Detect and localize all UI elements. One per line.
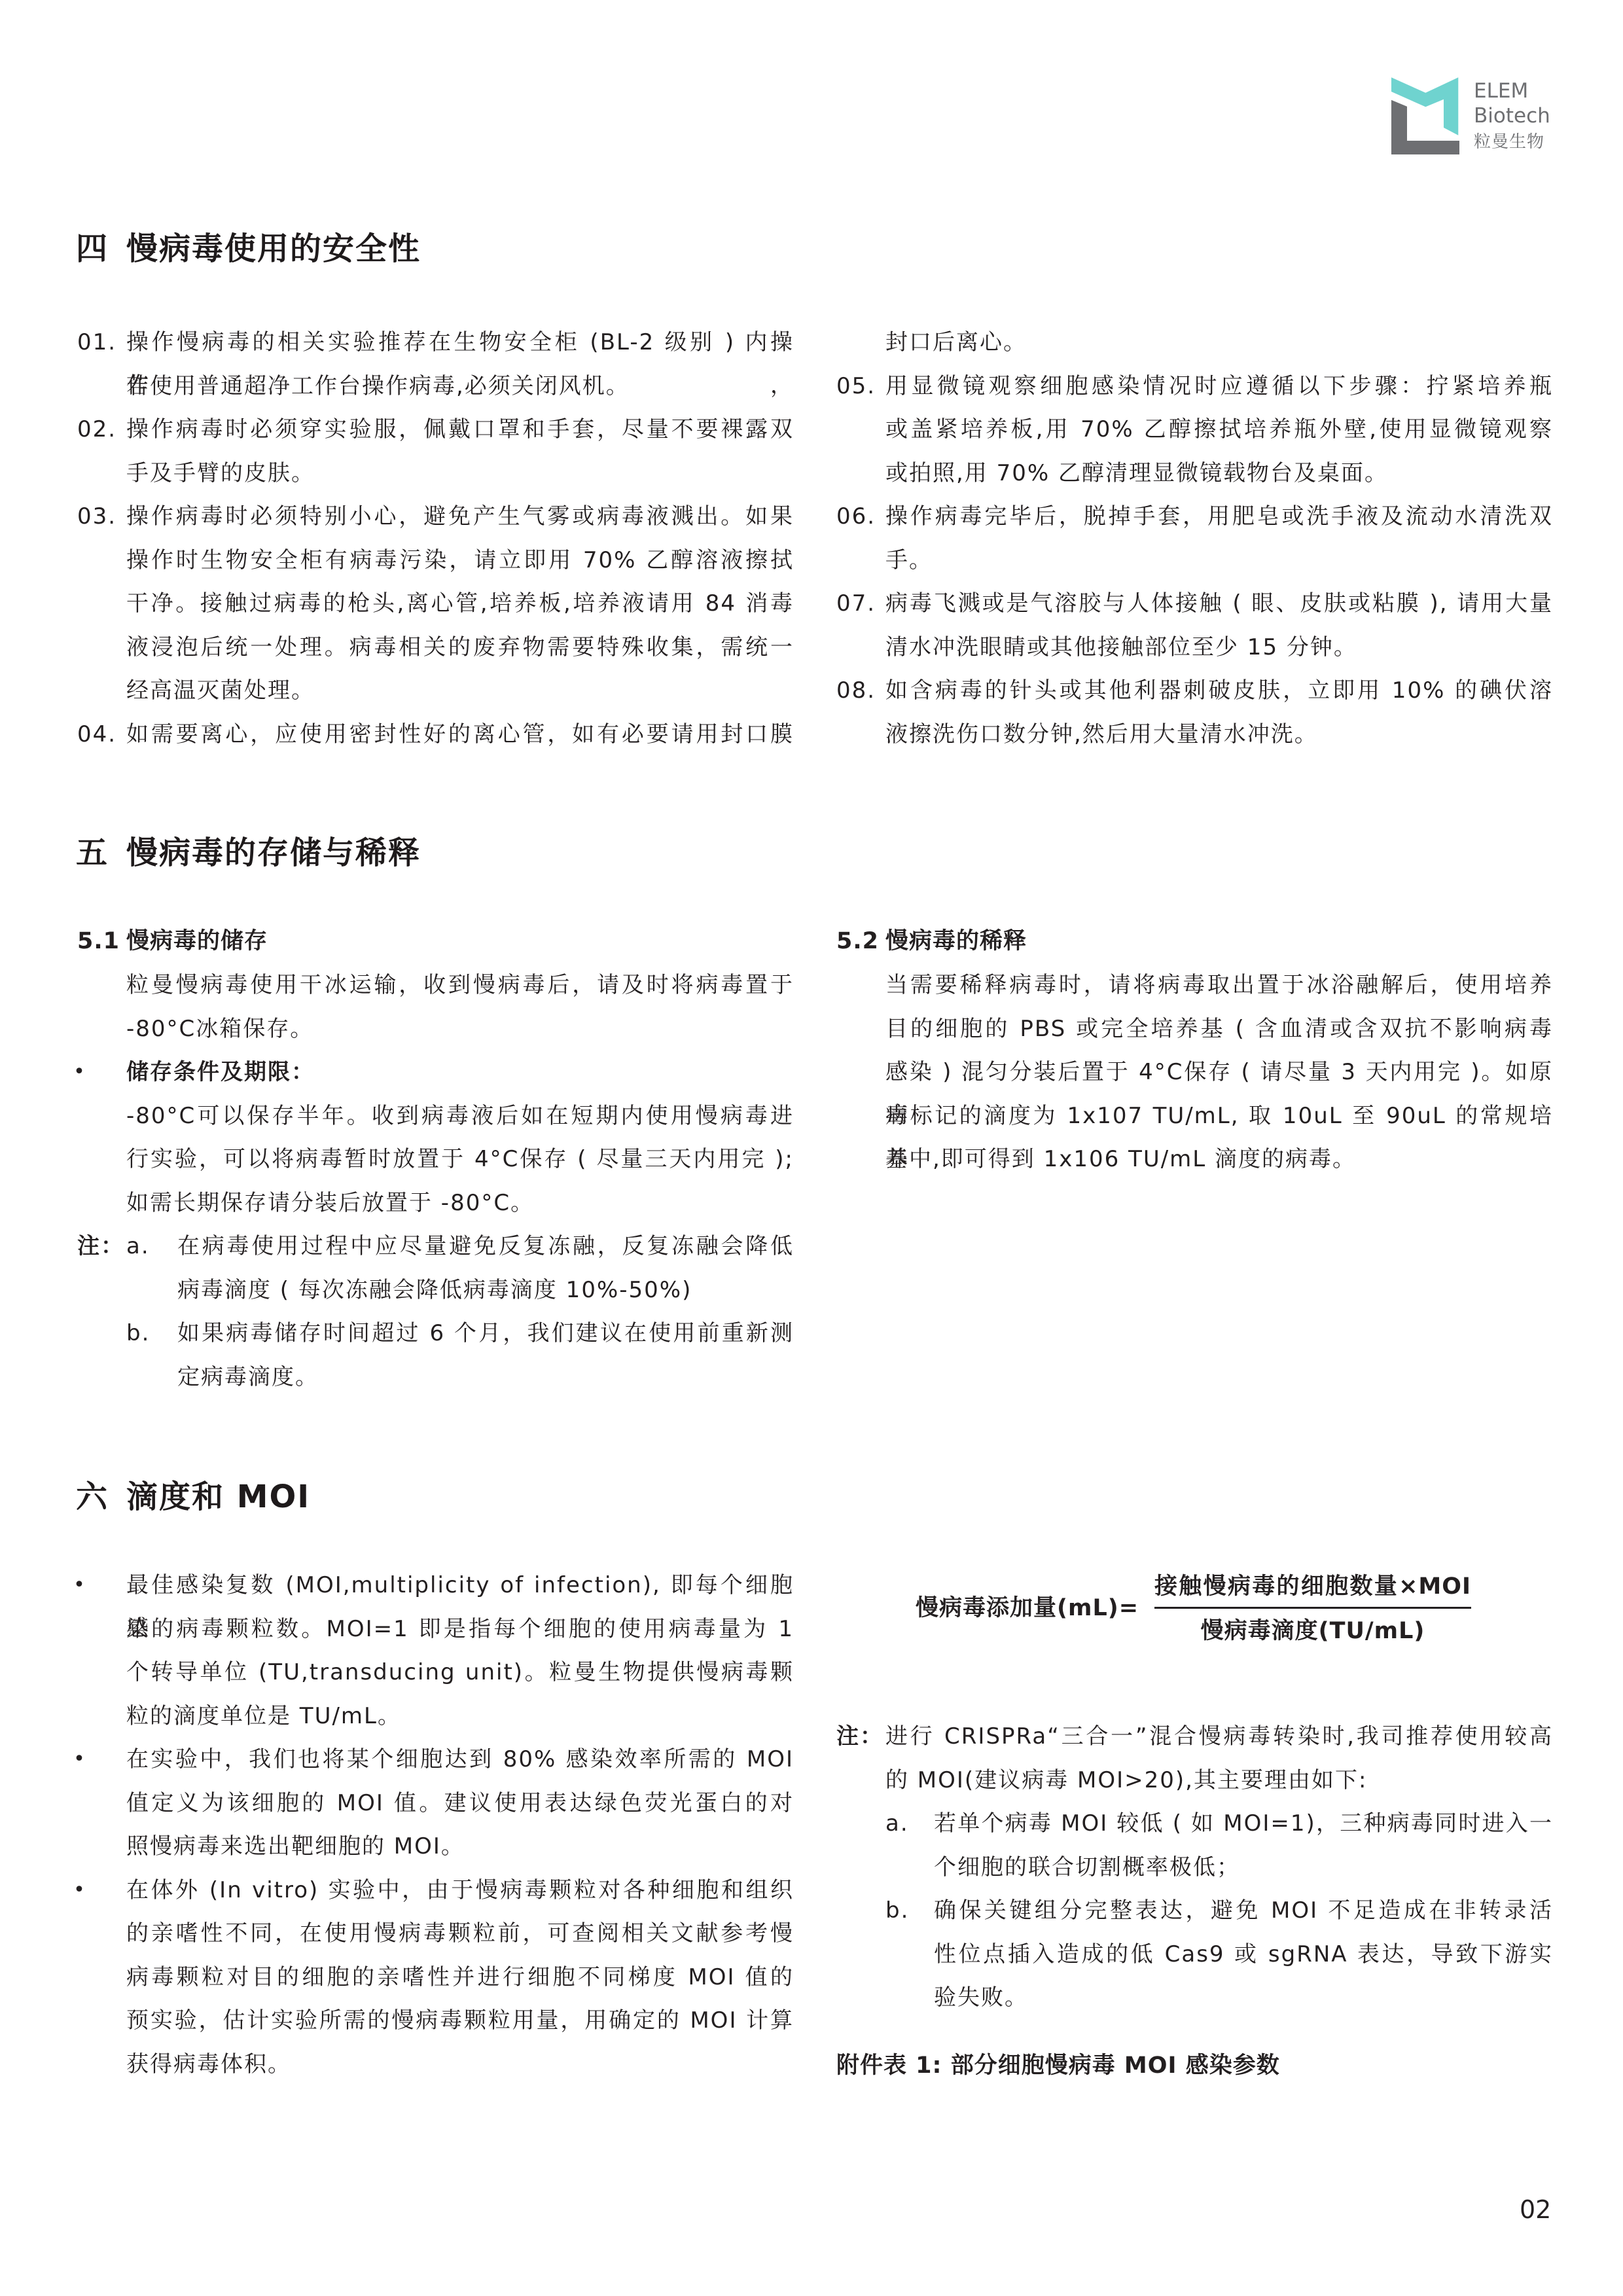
moi-bullet-1-line: 染的病毒颗粒数。MOI=1 即是指每个细胞的使用病毒量为 1 [126,1607,794,1651]
note-marker-b: b. [885,1889,909,1932]
item-02-line: 手及手臂的皮肤。 [126,452,794,495]
moi-note-a-line: 个细胞的联合切割概率极低； [934,1846,1553,1889]
item-05-line: 或拍照,用 70% 乙醇清理显微镜载物台及桌面。 [885,452,1553,495]
storage-intro-line: 粒曼慢病毒使用干冰运输，收到慢病毒后，请及时将病毒置于 [126,963,794,1007]
moi-bullet-3-line: 的亲嗜性不同，在使用慢病毒颗粒前，可查阅相关文献参考慢 [126,1912,794,1955]
item-08-line: 液擦洗伤口数分钟,然后用大量清水冲洗。 [885,713,1553,756]
subsection-5-1-title: 慢病毒的储存 [126,920,794,963]
logo-name-cn: 粒曼生物 [1474,129,1544,155]
table-caption: 附件表 1: 部分细胞慢病毒 MOI 感染参数 [836,2044,1280,2087]
moi-bullet-2-line: 照慢病毒来选出靶细胞的 MOI。 [126,1825,794,1868]
note-label: 注： [836,1715,883,1758]
item-number-03: 03. [77,495,116,538]
dilution-line: 目的细胞的 PBS 或完全培养基 ( 含血清或含双抗不影响病毒 [885,1007,1553,1050]
moi-bullet-3-line: 病毒颗粒对目的细胞的亲嗜性并进行细胞不同梯度 MOI 值的 [126,1956,794,1999]
item-06-line: 操作病毒完毕后，脱掉手套，用肥皂或洗手液及流动水清洗双 [885,495,1553,538]
note-marker-b: b. [126,1312,150,1355]
item-number-01: 01. [77,321,116,364]
moi-note-line: 的 MOI(建议病毒 MOI>20),其主要理由如下: [885,1759,1553,1802]
item-01-line: 操作慢病毒的相关实验推荐在生物安全柜 (BL-2 级别 ) 内操作， [126,321,794,364]
section-4-number: 四 [76,227,109,270]
formula-numerator: 接触慢病毒的细胞数量×MOI [1154,1565,1471,1608]
note-marker-a: a. [885,1802,909,1845]
item-03-line: 干净。接触过病毒的枪头,离心管,培养板,培养液请用 84 消毒 [126,582,794,625]
moi-bullet-1-line: 粒的滴度单位是 TU/mL。 [126,1695,794,1738]
item-number-08: 08. [836,669,876,712]
note-b-line: 定病毒滴度。 [177,1355,794,1399]
moi-bullet-3-line: 获得病毒体积。 [126,2043,794,2086]
moi-bullet-3-line: 在体外 (In vitro) 实验中，由于慢病毒颗粒对各种细胞和组织 [126,1869,794,1912]
moi-bullet-3-line: 预实验，估计实验所需的慢病毒颗粒用量，用确定的 MOI 计算 [126,1999,794,2042]
bullet-icon: • [72,1869,88,1912]
moi-bullet-1-line: 个转导单位 (TU,transducing unit)。粒曼生物提供慢病毒颗 [126,1651,794,1694]
document-page: ELEM Biotech 粒曼生物 四 慢病毒使用的安全性 01. 操作慢病毒的… [0,0,1623,2296]
moi-note-b-line: 性位点插入造成的低 Cas9 或 sgRNA 表达，导致下游实 [934,1933,1553,1976]
moi-note-b-line: 确保关键组分完整表达，避免 MOI 不足造成在非转录活 [934,1889,1553,1932]
item-08-line: 如含病毒的针头或其他利器刺破皮肤，立即用 10% 的碘伏溶 [885,669,1553,712]
section-4-title: 慢病毒使用的安全性 [126,227,421,270]
elem-biotech-logo-icon [1387,72,1463,158]
dilution-line: 当需要稀释病毒时，请将病毒取出置于冰浴融解后，使用培养 [885,963,1553,1007]
note-b-line: 如果病毒储存时间超过 6 个月，我们建议在使用前重新测 [177,1312,794,1355]
item-05-line: 或盖紧培养板,用 70% 乙醇擦拭培养瓶外壁,使用显微镜观察 [885,408,1553,451]
subsection-5-1-number: 5.1 [77,920,120,963]
note-a-line: 在病毒使用过程中应尽量避免反复冻融，反复冻融会降低 [177,1225,794,1268]
section-5-title: 慢病毒的存储与稀释 [126,831,421,874]
item-03-line: 经高温灭菌处理。 [126,669,794,712]
bullet-icon: • [72,1738,88,1781]
dilution-line: 基中,即可得到 1x106 TU/mL 滴度的病毒。 [885,1138,1553,1181]
item-03-line: 操作时生物安全柜有病毒污染，请立即用 70% 乙醇溶液擦拭 [126,539,794,582]
storage-conditions-line: 行实验，可以将病毒暂时放置于 4°C保存 ( 尽量三天内用完 ); [126,1138,794,1181]
item-number-07: 07. [836,582,876,625]
bullet-icon: • [72,1564,88,1607]
moi-bullet-2-line: 在实验中，我们也将某个细胞达到 80% 感染效率所需的 MOI [126,1738,794,1781]
note-marker-a: a. [126,1225,150,1268]
item-06-line: 手。 [885,539,1553,582]
item-04-line: 如需要离心，应使用密封性好的离心管，如有必要请用封口膜 [126,713,794,756]
item-07-line: 清水冲洗眼睛或其他接触部位至少 15 分钟。 [885,626,1553,669]
moi-bullet-2-line: 值定义为该细胞的 MOI 值。建议使用表达绿色荧光蛋白的对 [126,1782,794,1825]
logo-name-en-1: ELEM [1474,78,1528,104]
subsection-5-2-number: 5.2 [836,920,879,963]
dilution-line: 感染 ) 混匀分装后置于 4°C保存 ( 请尽量 3 天内用完 )。如原病 [885,1050,1553,1094]
item-01-line: 若使用普通超净工作台操作病毒,必须关闭风机。 [126,365,794,408]
logo-name-en-2: Biotech [1474,103,1550,129]
item-05-line: 用显微镜观察细胞感染情况时应遵循以下步骤：拧紧培养瓶 [885,365,1553,408]
item-number-04: 04. [77,713,116,756]
item-number-06: 06. [836,495,876,538]
section-6-number: 六 [76,1475,109,1518]
storage-conditions-line: -80°C可以保存半年。收到病毒液后如在短期内使用慢病毒进 [126,1094,794,1138]
storage-conditions-label: 储存条件及期限： [126,1050,794,1094]
section-6-title: 滴度和 MOI [126,1475,310,1518]
section-5-number: 五 [76,831,109,874]
page-number: 02 [1520,2193,1551,2227]
item-number-02: 02. [77,408,116,451]
item-04-line: 封口后离心。 [885,321,1553,364]
item-03-line: 操作病毒时必须特别小心，避免产生气雾或病毒液溅出。如果 [126,495,794,538]
formula-lhs: 慢病毒添加量(mL)= [916,1587,1139,1630]
moi-note-b-line: 验失败。 [934,1976,1553,2019]
storage-intro-line: -80°C冰箱保存。 [126,1007,794,1050]
moi-note-a-line: 若单个病毒 MOI 较低 ( 如 MOI=1)，三种病毒同时进入一 [934,1802,1553,1845]
formula-denominator: 慢病毒滴度(TU/mL) [1154,1609,1471,1653]
moi-bullet-1-line: 最佳感染复数 (MOI,multiplicity of infection), … [126,1564,794,1607]
bullet-icon: • [72,1050,88,1094]
formula-fraction-bar [1154,1607,1471,1609]
storage-conditions-line: 如需长期保存请分装后放置于 -80°C。 [126,1181,794,1225]
dilution-line: 毒标记的滴度为 1x107 TU/mL, 取 10uL 至 90uL 的常规培养 [885,1094,1553,1138]
subsection-5-2-title: 慢病毒的稀释 [885,920,1553,963]
item-07-line: 病毒飞溅或是气溶胶与人体接触 ( 眼、皮肤或粘膜 ), 请用大量 [885,582,1553,625]
note-a-line: 病毒滴度 ( 每次冻融会降低病毒滴度 10%-50%) [177,1268,794,1312]
note-label: 注： [77,1225,124,1268]
moi-note-line: 进行 CRISPRa“三合一”混合慢病毒转染时,我司推荐使用较高 [885,1715,1553,1758]
item-02-line: 操作病毒时必须穿实验服，佩戴口罩和手套，尽量不要裸露双 [126,408,794,451]
item-number-05: 05. [836,365,876,408]
item-03-line: 液浸泡后统一处理。病毒相关的废弃物需要特殊收集，需统一 [126,626,794,669]
